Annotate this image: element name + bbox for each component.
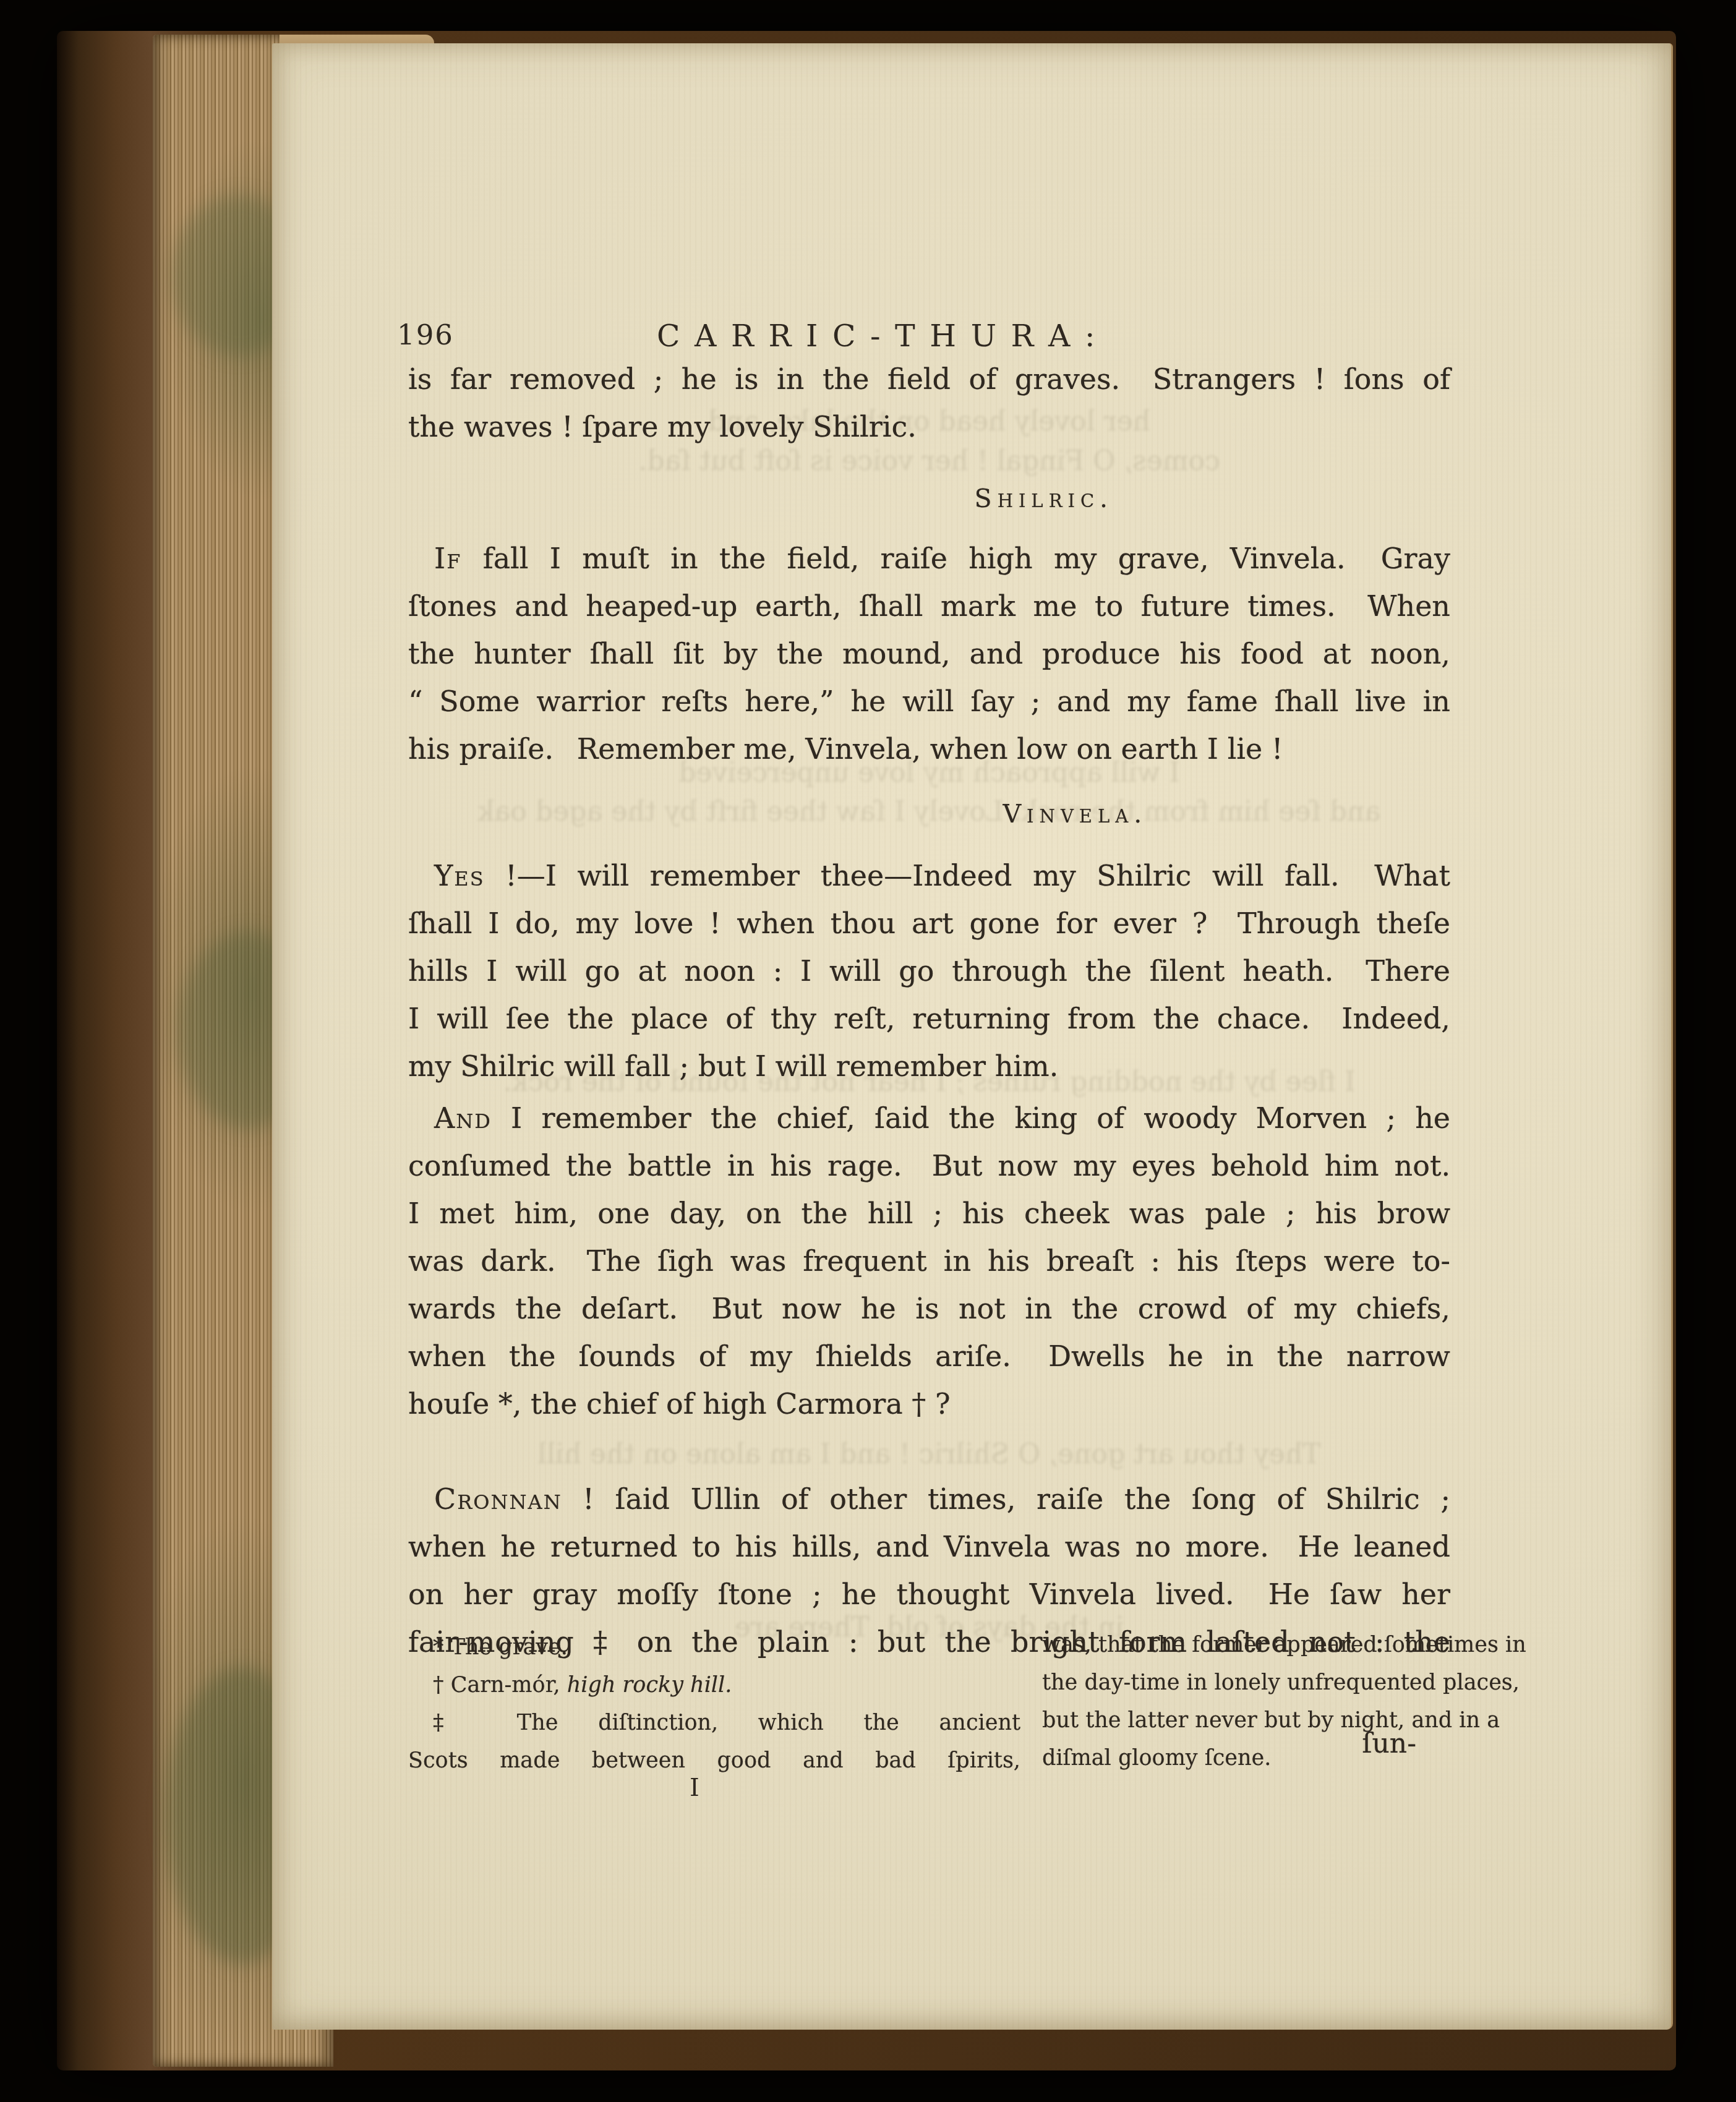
speaker-heading-shilric: Shilric. bbox=[975, 484, 1114, 513]
text-line: I remember the chief, ſaid the king of w… bbox=[492, 1101, 1450, 1135]
book: her lovely head on the lake, andcomes, O… bbox=[57, 31, 1676, 2070]
footnote-grave: * The grave. bbox=[408, 1629, 1020, 1667]
text-line: ! ſaid Ullin of other times, raiſe the ſ… bbox=[562, 1482, 1450, 1516]
text-line: ſhall I do, my love ! when thou art gone… bbox=[408, 900, 1450, 947]
speaker-heading-vinvela: Vinvela. bbox=[1003, 799, 1147, 829]
footnote-distinction: ‡ The diſtinction, which the ancient bbox=[408, 1704, 1020, 1742]
text-line: is far removed ; he is in the field of g… bbox=[408, 356, 1450, 403]
text-line: wards the deſart. But now he is not in t… bbox=[408, 1285, 1450, 1333]
text-line: And I remember the chief, ſaid the king … bbox=[408, 1095, 1450, 1142]
footnote-column-left: * The grave. † Carn-mór, high rocky hill… bbox=[408, 1629, 1020, 1780]
page-number: 196 bbox=[397, 318, 454, 351]
text-line: ſtones and heaped-up earth, ſhall mark m… bbox=[408, 583, 1450, 630]
footnote-text: was, that the former appeared ſometimes … bbox=[1042, 1626, 1469, 1664]
speech-shilric: If fall I muſt in the field, raiſe high … bbox=[408, 535, 1450, 773]
text-line: his praiſe. Remember me, Vinvela, when l… bbox=[408, 725, 1450, 773]
text-line: the waves ! ſpare my lovely Shilric. bbox=[408, 403, 1450, 451]
footnote-italic: high rocky hill. bbox=[567, 1673, 732, 1698]
lead-word: If bbox=[434, 542, 461, 575]
lead-word: Cronnan bbox=[434, 1482, 562, 1516]
text-line: on her gray moſſy ſtone ; he thought Vin… bbox=[408, 1571, 1450, 1618]
text-line: If fall I muſt in the field, raiſe high … bbox=[408, 535, 1450, 583]
text-line: hills I will go at noon : I will go thro… bbox=[408, 947, 1450, 995]
text-line: I will ſee the place of thy reſt, return… bbox=[408, 995, 1450, 1043]
text-line: Cronnan ! ſaid Ullin of other times, rai… bbox=[408, 1476, 1450, 1523]
bleedthrough-text: They thou art gone, O Shilric ! and I am… bbox=[408, 1436, 1450, 1473]
paragraph-king: And I remember the chief, ſaid the king … bbox=[408, 1095, 1450, 1428]
text-line: my Shilric will fall ; but I will rememb… bbox=[408, 1043, 1450, 1090]
catchword: ſun- bbox=[1362, 1728, 1416, 1759]
bleedthrough-text: and ſee him from the rock. Lovely I ſaw … bbox=[408, 793, 1450, 831]
text-line: “ Some warrior reſts here,” he will ſay … bbox=[408, 678, 1450, 725]
paragraph-continuation: is far removed ; he is in the field of g… bbox=[408, 356, 1450, 451]
footnote-carnmor: † Carn-mór, high rocky hill. bbox=[408, 1667, 1020, 1704]
text-line: I met him, one day, on the hill ; his ch… bbox=[408, 1190, 1450, 1237]
footnote-text: the day-time in lonely unfrequented plac… bbox=[1042, 1664, 1469, 1702]
lead-word: Yes bbox=[434, 859, 485, 892]
footnote-distinction: Scots made between good and bad ſpirits, bbox=[408, 1742, 1020, 1780]
text-line: the hunter ſhall ſit by the mound, and p… bbox=[408, 630, 1450, 678]
text-line: when he returned to his hills, and Vinve… bbox=[408, 1523, 1450, 1571]
lead-word: And bbox=[434, 1101, 492, 1135]
text-line: Yes !—I will remember thee—Indeed my Shi… bbox=[408, 852, 1450, 900]
text-line: when the ſounds of my ſhields ariſe. Dwe… bbox=[408, 1333, 1450, 1380]
text-line: fall I muſt in the field, raiſe high my … bbox=[461, 542, 1450, 575]
speech-vinvela: Yes !—I will remember thee—Indeed my Shi… bbox=[408, 852, 1450, 1090]
footnote-text: † Carn-mór, bbox=[433, 1673, 567, 1698]
text-line: !—I will remember thee—Indeed my Shilric… bbox=[485, 859, 1450, 892]
text-column: her lovely head on the lake, andcomes, O… bbox=[408, 43, 1450, 2030]
text-line: was dark. The ſigh was frequent in his b… bbox=[408, 1237, 1450, 1285]
running-title: C A R R I C - T H U R A : bbox=[657, 318, 1097, 354]
photograph-background: her lovely head on the lake, andcomes, O… bbox=[0, 0, 1736, 2102]
book-page: her lovely head on the lake, andcomes, O… bbox=[272, 43, 1673, 2030]
text-line: conſumed the battle in his rage. But now… bbox=[408, 1142, 1450, 1190]
signature-mark: I bbox=[690, 1774, 699, 1802]
text-line: houſe *, the chief of high Carmora † ? bbox=[408, 1380, 1450, 1428]
